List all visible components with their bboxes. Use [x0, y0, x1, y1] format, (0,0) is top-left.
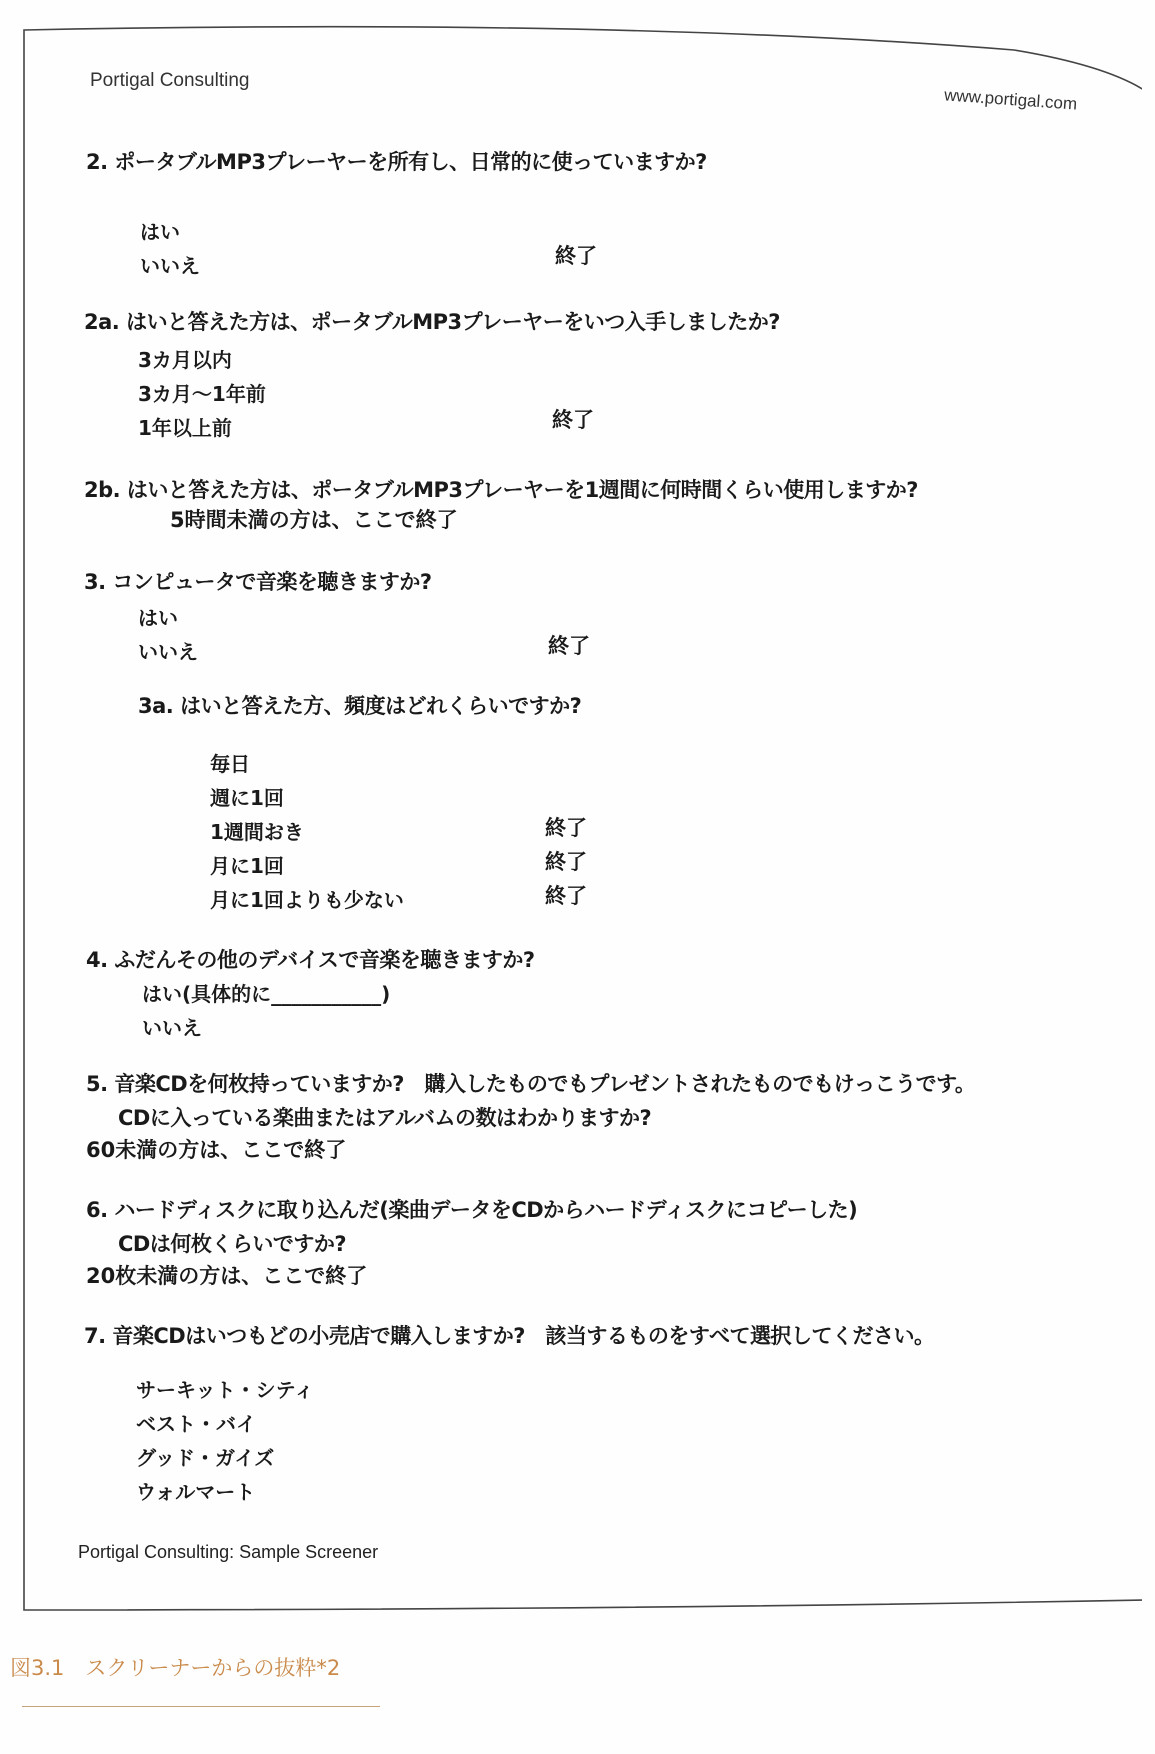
question-5: 5. 音楽CDを何枚持っていますか? 購入したものでもプレゼントされたものでもけ… — [86, 1068, 975, 1098]
question-3a: 3a. はいと答えた方、頻度はどれくらいですか? — [138, 690, 581, 720]
option: はい — [140, 216, 180, 245]
question-5-line2: CDに入っている楽曲またはアルバムの数はわかりますか? — [118, 1102, 651, 1132]
question-2: 2. ポータブルMP3プレーヤーを所有し、日常的に使っていますか? — [86, 146, 707, 176]
option: 3カ月〜1年前 — [138, 378, 266, 407]
option: 1年以上前 — [138, 412, 232, 441]
terminate-label: 終了 — [552, 404, 594, 434]
option: サーキット・シティ — [136, 1374, 314, 1403]
option: 毎日 — [210, 748, 250, 777]
option: ウォルマート — [136, 1476, 255, 1505]
question-7: 7. 音楽CDはいつもどの小売店で購入しますか? 該当するものをすべて選択してく… — [84, 1320, 935, 1350]
terminate-label: 終了 — [545, 846, 587, 876]
figure-caption: 図3.1 スクリーナーからの抜粋*2 — [10, 1652, 340, 1682]
footer-text: Portigal Consulting: Sample Screener — [78, 1542, 378, 1563]
option: 週に1回 — [210, 782, 284, 811]
option: いいえ — [140, 250, 200, 279]
option: いいえ — [142, 1012, 202, 1041]
question-2b: 2b. はいと答えた方は、ポータブルMP3プレーヤーを1週間に何時間くらい使用し… — [84, 474, 918, 504]
option: はい(具体的に___________) — [142, 978, 390, 1007]
terminate-note: 60未満の方は、ここで終了 — [86, 1134, 346, 1164]
option: いいえ — [138, 636, 198, 665]
option: 3カ月以内 — [138, 344, 232, 373]
question-2a: 2a. はいと答えた方は、ポータブルMP3プレーヤーをいつ入手しましたか? — [84, 306, 780, 336]
question-3: 3. コンピュータで音楽を聴きますか? — [84, 566, 432, 596]
option: グッド・ガイズ — [136, 1442, 274, 1471]
option: 月に1回よりも少ない — [210, 884, 404, 913]
terminate-note: 20枚未満の方は、ここで終了 — [86, 1260, 367, 1290]
question-6: 6. ハードディスクに取り込んだ(楽曲データをCDからハードディスクにコピーした… — [86, 1194, 857, 1224]
option: はい — [138, 602, 178, 631]
caption-underline — [22, 1706, 380, 1707]
option: ベスト・バイ — [136, 1408, 256, 1437]
question-6-line2: CDは何枚くらいですか? — [118, 1228, 346, 1258]
header-left: Portigal Consulting — [90, 70, 249, 92]
question-4: 4. ふだんその他のデバイスで音楽を聴きますか? — [86, 944, 535, 974]
terminate-label: 終了 — [545, 880, 587, 910]
terminate-label: 終了 — [548, 630, 590, 660]
terminate-label: 終了 — [545, 812, 587, 842]
terminate-label: 終了 — [555, 240, 597, 270]
terminate-note: 5時間未満の方は、ここで終了 — [170, 504, 458, 534]
option: 月に1回 — [210, 850, 284, 879]
option: 1週間おき — [210, 816, 304, 845]
